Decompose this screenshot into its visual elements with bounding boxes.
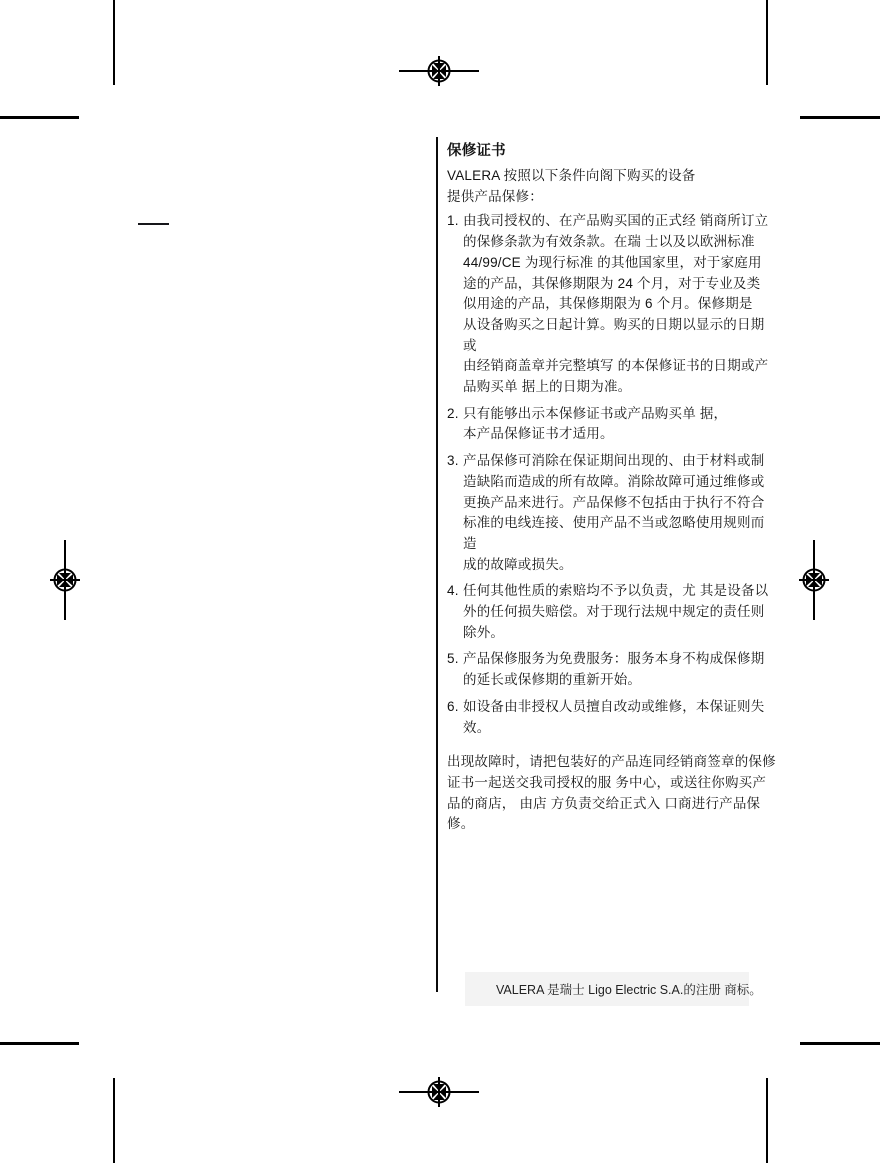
registration-mark-icon — [47, 538, 83, 627]
intro-paragraph: VALERA 按照以下条件向阁下购买的设备 提供产品保修： — [447, 166, 777, 207]
clause-text: 任何其他性质的索赔均不予以负责，尤 其是设备以 外的任何损失赔偿。对于现行法规中… — [463, 581, 777, 643]
clause-number: 3. — [447, 451, 463, 575]
clause-text: 产品保修可消除在保证期间出现的、由于材料或制 造缺陷而造成的所有故障。消除故障可… — [463, 451, 777, 575]
trademark-footnote: VALERA 是瑞士 Ligo Electric S.A.的注册 商标。 — [465, 972, 749, 1006]
crop-mark-line — [766, 1078, 768, 1163]
clause-text: 如设备由非授权人员擅自改动或维修，本保证则失效。 — [463, 697, 777, 738]
crop-mark-line — [0, 1042, 79, 1045]
warranty-clause-1: 1. 由我司授权的、在产品购买国的正式经 销商所订立 的保修条款为有效条款。在瑞… — [447, 211, 777, 397]
service-instructions-paragraph: 出现故障时，请把包装好的产品连同经销商签章的保修 证书一起送交我司授权的服 务中… — [447, 752, 777, 835]
warranty-clause-4: 4. 任何其他性质的索赔均不予以负责，尤 其是设备以 外的任何损失赔偿。对于现行… — [447, 581, 777, 643]
clause-number: 2. — [447, 404, 463, 445]
crop-mark-line — [113, 0, 115, 85]
crop-mark-line — [0, 116, 79, 119]
clause-number: 5. — [447, 649, 463, 690]
clause-text: 产品保修服务为免费服务：服务本身不构成保修期 的延长或保修期的重新开始。 — [463, 649, 777, 690]
warranty-clause-3: 3. 产品保修可消除在保证期间出现的、由于材料或制 造缺陷而造成的所有故障。消除… — [447, 451, 777, 575]
registration-mark-icon — [796, 538, 832, 627]
warranty-clause-5: 5. 产品保修服务为免费服务：服务本身不构成保修期 的延长或保修期的重新开始。 — [447, 649, 777, 690]
clause-number: 6. — [447, 697, 463, 738]
crop-mark-line — [800, 1042, 880, 1045]
column-divider-line — [436, 137, 438, 992]
page-title: 保修证书 — [447, 140, 777, 162]
clause-text: 只有能够出示本保修证书或产品购买单 据， 本产品保修证书才适用。 — [463, 404, 777, 445]
document-page: 保修证书 VALERA 按照以下条件向阁下购买的设备 提供产品保修： 1. 由我… — [0, 0, 880, 1163]
warranty-clause-6: 6. 如设备由非授权人员擅自改动或维修，本保证则失效。 — [447, 697, 777, 738]
clause-text: 由我司授权的、在产品购买国的正式经 销商所订立 的保修条款为有效条款。在瑞 士以… — [463, 211, 777, 397]
clause-number: 4. — [447, 581, 463, 643]
crop-mark-line — [800, 116, 880, 119]
fold-mark-line — [138, 223, 169, 225]
crop-mark-line — [766, 0, 768, 85]
registration-mark-icon — [397, 53, 481, 94]
clause-number: 1. — [447, 211, 463, 397]
registration-mark-icon — [397, 1074, 481, 1115]
crop-mark-line — [113, 1078, 115, 1163]
warranty-clause-2: 2. 只有能够出示本保修证书或产品购买单 据， 本产品保修证书才适用。 — [447, 404, 777, 445]
trademark-footnote-text: VALERA 是瑞士 Ligo Electric S.A.的注册 商标。 — [496, 980, 762, 998]
warranty-section: 保修证书 VALERA 按照以下条件向阁下购买的设备 提供产品保修： 1. 由我… — [447, 140, 777, 835]
